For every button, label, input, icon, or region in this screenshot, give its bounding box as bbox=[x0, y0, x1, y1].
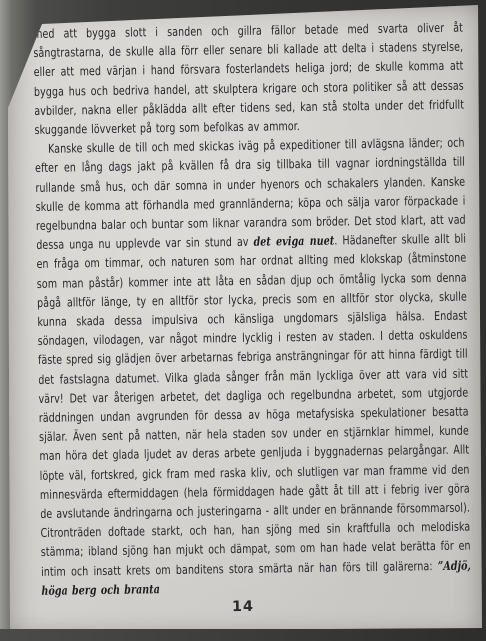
text-segment-normal: . Hädanefter skulle allt bli en fråga om… bbox=[36, 232, 470, 579]
paragraph: med att bygga slott i sanden och gillra … bbox=[33, 19, 464, 141]
text-segment-bold-italic: det eviga nuet bbox=[253, 234, 334, 249]
text-segment-normal: med att bygga slott i sanden och gillra … bbox=[33, 21, 464, 137]
scan-bottom-edge bbox=[0, 629, 486, 641]
scanned-book-page: med att bygga slott i sanden och gillra … bbox=[0, 0, 486, 641]
page-text: med att bygga slott i sanden och gillra … bbox=[33, 19, 471, 601]
book-page: med att bygga slott i sanden och gillra … bbox=[0, 0, 486, 641]
paragraph: Kanske skulle de till och med skickas iv… bbox=[35, 134, 472, 601]
